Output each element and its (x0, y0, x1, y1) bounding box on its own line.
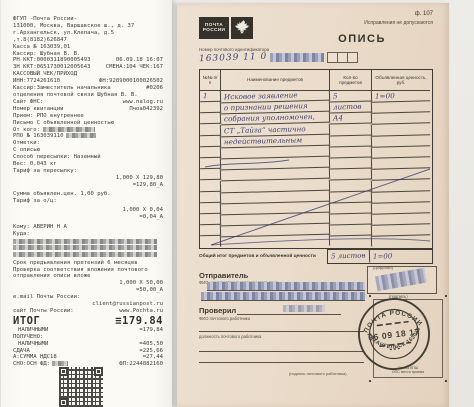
rule-line (199, 330, 364, 332)
receipt-line-left: Прием: РПО внутреннее (13, 113, 84, 120)
receipt-line-left: Кассир:Заместитель начальника (13, 85, 111, 92)
receipt-line: Проверка соответствия вложения почтового (13, 267, 163, 274)
cell-qty (330, 236, 372, 248)
receipt-line: отправления описи вложе (13, 273, 163, 280)
receipt-line: Вес: 0,043 кг (13, 161, 163, 168)
receipt-line (13, 238, 163, 244)
header-name: Наименование предметов (221, 70, 330, 91)
double-eagle-icon (231, 17, 253, 39)
receipt-line: ПОЛУЧЕНО: (13, 334, 163, 341)
qr-finder-icon (59, 398, 68, 407)
total-cells: 5 листов 1=00 (327, 249, 433, 264)
receipt-line: А:СУММА НДС18 =27,44 (13, 354, 163, 361)
cell-value (372, 236, 430, 249)
cell-num (200, 113, 221, 125)
total-label: Общий итог предметов и объявленной ценно… (199, 249, 327, 264)
receipt-line-right: www.nalog.ru (123, 99, 163, 106)
receipt-line: ,т.8(8182)626847 (13, 37, 163, 44)
receipt-line: =50,00_А (13, 287, 163, 294)
header-value: Объявленная ценность, руб. (372, 70, 430, 91)
cell-qty (330, 124, 372, 136)
cell-num (200, 147, 221, 159)
receipt-line: Отметки: (13, 140, 163, 147)
receipt-line-right: 1,000 X 0,04 (123, 207, 163, 214)
receipt-line (13, 251, 163, 257)
receipt-line: РН ККТ:0000311890005493 06.09.18 16:07 (13, 57, 163, 64)
total-qty-handwritten: 5 листов (328, 249, 370, 263)
receipt-line: Куда: (13, 231, 163, 238)
cell-value (372, 169, 430, 182)
receipt-line-left: От кого: (13, 127, 95, 134)
table-row (200, 169, 432, 180)
receipt-line: отделения почтовой связи Шубная В. В. (13, 92, 163, 99)
cell-qty (330, 169, 372, 181)
receipt-line-right: СМЕНА:104 ЧЕК:167 (106, 64, 163, 71)
receipt-line-left: Письмо С объявленной ценностью (13, 120, 114, 127)
table-row: собрания уполномочен, А4 (200, 113, 432, 124)
receipt-lines: ФГУП -Почта России- 131000, Москва, Варш… (13, 16, 163, 368)
receipt-line-right: ФП:2244882160 (119, 361, 163, 368)
receipt-line: Тариф за о/ц: (13, 198, 163, 205)
receipt-line-left: ИТОГ (13, 315, 40, 327)
receipt-line: =129,80_А (13, 182, 163, 189)
receipt-line-right: www.Pochta.ru (119, 308, 163, 315)
rule-line (199, 361, 364, 363)
no-corrections-note: Исправления не допускаются (364, 20, 433, 26)
receipt-line-left: e.mail Почты России: (13, 294, 80, 301)
receipt-line-left: Номер квитанции (13, 106, 64, 113)
form-number: ф. 107 (415, 11, 433, 17)
receipt-line: e.mail Почты России: (13, 294, 163, 301)
postal-date-stamp: ПОЧТА РОССИИ АРХАНГЕЛЬСК 163039 06 09 18… (347, 287, 441, 381)
receipt-line: ИНН:7724261610 ФН:9289000100026502 (13, 78, 163, 85)
postal-id-empty-cells (327, 52, 358, 63)
receipt-line-right: Пчоа042392 (129, 106, 163, 113)
receipt-line: 1,000 X 50,00 (13, 280, 163, 287)
receipt-line-left (13, 252, 157, 257)
receipt-line-left: Проверка соответствия вложения почтового (13, 267, 148, 274)
total-value-handwritten: 1=00 (370, 249, 432, 264)
receipt-line: Сайт ФНС: www.nalog.ru (13, 99, 163, 106)
position-sublabel: должность почтового работника (199, 334, 261, 339)
receipt-line-left: Вес: 0,043 кг (13, 161, 57, 168)
cell-num (200, 180, 221, 192)
sender-label: Отправитель (199, 271, 248, 280)
cell-num (200, 214, 221, 226)
receipt-line-left (13, 239, 157, 244)
receipt-line-right: 1,000 X 129,80 (116, 175, 163, 182)
table-footer: Общий итог предметов и объявленной ценно… (199, 249, 433, 264)
receipt-line: ИТОГ ≡179.84 (13, 315, 163, 327)
form-title: ОПИСЬ (317, 33, 407, 45)
cell-qty (330, 180, 372, 192)
checked-by-label: Проверил (199, 306, 236, 315)
receipt-line: НАЛИЧНЫМИ =405,50 (13, 341, 163, 348)
receipt-line-right: =405,50 (139, 341, 163, 348)
receipt-line: РПО № 163039110 (13, 133, 163, 140)
receipt-line: сайт Почты России: www.Pochta.ru (13, 308, 163, 315)
cell-num: 1 (200, 91, 221, 103)
receipt-line: От кого: (13, 127, 163, 134)
receipt-line-left: сайт Почты России: (13, 308, 74, 315)
receipt-line-right: 1,000 X 50,00 (119, 280, 163, 287)
receipt-line-left: Тариф за о/ц: (13, 198, 57, 205)
rule-line (199, 350, 364, 352)
receipt-line: Сумма объявлен.цен. 1,00 руб. (13, 191, 163, 198)
postal-id-redaction (270, 53, 324, 62)
receipt-line-left: отправления описи вложе (13, 273, 90, 280)
cell-qty: А4 (330, 113, 372, 125)
receipt-line: Письмо С объявленной ценностью (13, 120, 163, 127)
receipt-line: ФГУП -Почта России- (13, 16, 163, 23)
cell-num (200, 203, 221, 215)
receipt-line-left: ПОЛУЧЕНО: (13, 334, 43, 341)
receipt-line-left: 131000, Москва, Варшавское ш., д. 37 (13, 23, 134, 30)
postal-id-handwritten: 163039 11 0 (199, 51, 268, 63)
receipt-line: 1,000 X 0,04 (13, 207, 163, 214)
receipt-line: Кассир: Шубная В. В. (13, 51, 163, 58)
receipt-line: г.Архангельск, ул.Клепача, д.5 (13, 30, 163, 37)
receipt-line-right: =27,44 (143, 354, 163, 361)
receipt-line-left: СДАЧА (13, 348, 30, 355)
cell-num (200, 169, 221, 181)
receipt-line-left: Тариф за пересылку: (13, 168, 77, 175)
receipt-line: 131000, Москва, Варшавское ш., д. 37 (13, 23, 163, 30)
receipt-line: НАЛИЧНЫМИ =179,84 (13, 327, 163, 334)
cell-num (200, 135, 221, 147)
receipt-line: Номер квитанции Пчоа042392 (13, 106, 163, 113)
checked-by-sublabel: ФИО почтового работника (199, 316, 250, 321)
receipt-line-left: г.Архангельск, ул.Клепача, д.5 (13, 30, 114, 37)
receipt-line-left: Сайт ФНС: (13, 99, 43, 106)
receipt-line: КАССОВЫЙ ЧЕК/ПРИХОД (13, 71, 163, 78)
receipt-line-right: =0,04_А (139, 214, 163, 221)
receipt-line-left: Отметки: (13, 140, 40, 147)
pochta-rossii-logo: ПОЧТА РОССИИ (199, 17, 253, 39)
receipt-line-right: ≡179.84 (115, 315, 163, 327)
receipt-line-left: ,т.8(8182)626847 (13, 37, 67, 44)
cell-value (372, 113, 430, 126)
items-table: №№ п/п Наименование предметов Кол-во пре… (199, 69, 433, 249)
cell-name (221, 235, 330, 249)
checked-by-line (237, 307, 341, 315)
receipt-paper: ФГУП -Почта России- 131000, Москва, Варш… (1, 0, 172, 407)
qr-finder-icon (59, 367, 68, 376)
pochta-logo-text: ПОЧТА РОССИИ (199, 17, 229, 39)
receipt-line-right: =129,80_А (133, 182, 163, 189)
receipt-line-right: =179,84 (139, 327, 163, 334)
cell-qty (330, 191, 372, 203)
receipt-line-left: Кассир: Шубная В. В. (13, 51, 80, 58)
table-body: 1 Исковое заявление 5 1=00 о признании р… (200, 91, 432, 248)
receipt-line: =0,04_А (13, 214, 163, 221)
receipt-line-left: ФГУП -Почта России- (13, 16, 77, 23)
cell-num (200, 236, 221, 248)
receipt-line: Срок предъявления претензий 6 месяцев (13, 260, 163, 267)
receipt-line: Кассир:Заместитель начальника #0206 (13, 85, 163, 92)
receipt-line-left: А:СУММА НДС18 (13, 354, 57, 361)
receipt-line-right: #0206 (146, 85, 163, 92)
receipt-line-right: =225,66 (139, 348, 163, 355)
receipt-line-left: КАССОВЫЙ ЧЕК/ПРИХОД (13, 71, 77, 78)
receipt-line: Касса № 163039,01 (13, 44, 163, 51)
header-qty: Кол-во предметов (330, 70, 372, 91)
table-header-row: №№ п/п Наименование предметов Кол-во пре… (200, 70, 432, 91)
receipt-line-left: РПО № 163039110 (13, 133, 96, 140)
receipt-line: Кому: АВЕРИН Н А (13, 224, 163, 231)
receipt-line-left: РН ККТ:0000311890005493 (13, 57, 90, 64)
sender-redaction-line-2 (201, 292, 365, 301)
receipt-line-left: Сумма объявлен.цен. 1,00 руб. (13, 191, 111, 198)
receipt-line-right: =50,00_А (136, 287, 163, 294)
receipt-line: СДАЧА =225,66 (13, 348, 163, 355)
receipt-line-left: Касса № 163039,01 (13, 44, 70, 51)
receipt-line-left: ИНН:7724261610 (13, 78, 60, 85)
receipt-line-left (13, 245, 157, 250)
header-num: №№ п/п (200, 70, 221, 91)
cell-num (200, 124, 221, 136)
postal-id-row: 163039 11 0 (199, 51, 358, 64)
receipt-line-left: НАЛИЧНЫМИ (13, 327, 48, 334)
receipt-line: client@russianpost.ru (13, 301, 163, 308)
receipt-line-left: НАЛИЧНЫМИ (13, 341, 48, 348)
qr-code (59, 367, 103, 407)
opis-form-paper: ф. 107 Исправления не допускаются ПОЧТА … (177, 3, 449, 407)
receipt-line-left: отделения почтовой связи Шубная В. В. (13, 92, 138, 99)
qr-finder-icon (94, 367, 103, 376)
receipt-line (13, 245, 163, 251)
table-row (200, 236, 432, 247)
receipt-line-right: ФН:9289000100026502 (99, 78, 163, 85)
receipt-line-left: Способ пересылки: Наземный (13, 154, 101, 161)
photo-background: ФГУП -Почта России- 131000, Москва, Варш… (0, 0, 474, 407)
receipt-line: Прием: РПО внутреннее (13, 113, 163, 120)
receipt-line-right: client@russianpost.ru (92, 301, 163, 308)
receipt-line-left: Срок предъявления претензий 6 месяцев (13, 260, 138, 267)
receipt-line-left: Кому: АВЕРИН Н А (13, 224, 67, 231)
worker-signature-label: (подпись почтового работника) (289, 371, 347, 376)
sender-redaction-line-1 (207, 282, 365, 291)
receipt-line: Способ пересылки: Наземный (13, 154, 163, 161)
cell-num (200, 191, 221, 203)
receipt-line: Тариф за пересылку: (13, 168, 163, 175)
receipt-line-left: Куда: (13, 231, 30, 238)
receipt-line: 1,000 X 129,80 (13, 175, 163, 182)
receipt-line-right: 06.09.18 16:07 (116, 57, 163, 64)
